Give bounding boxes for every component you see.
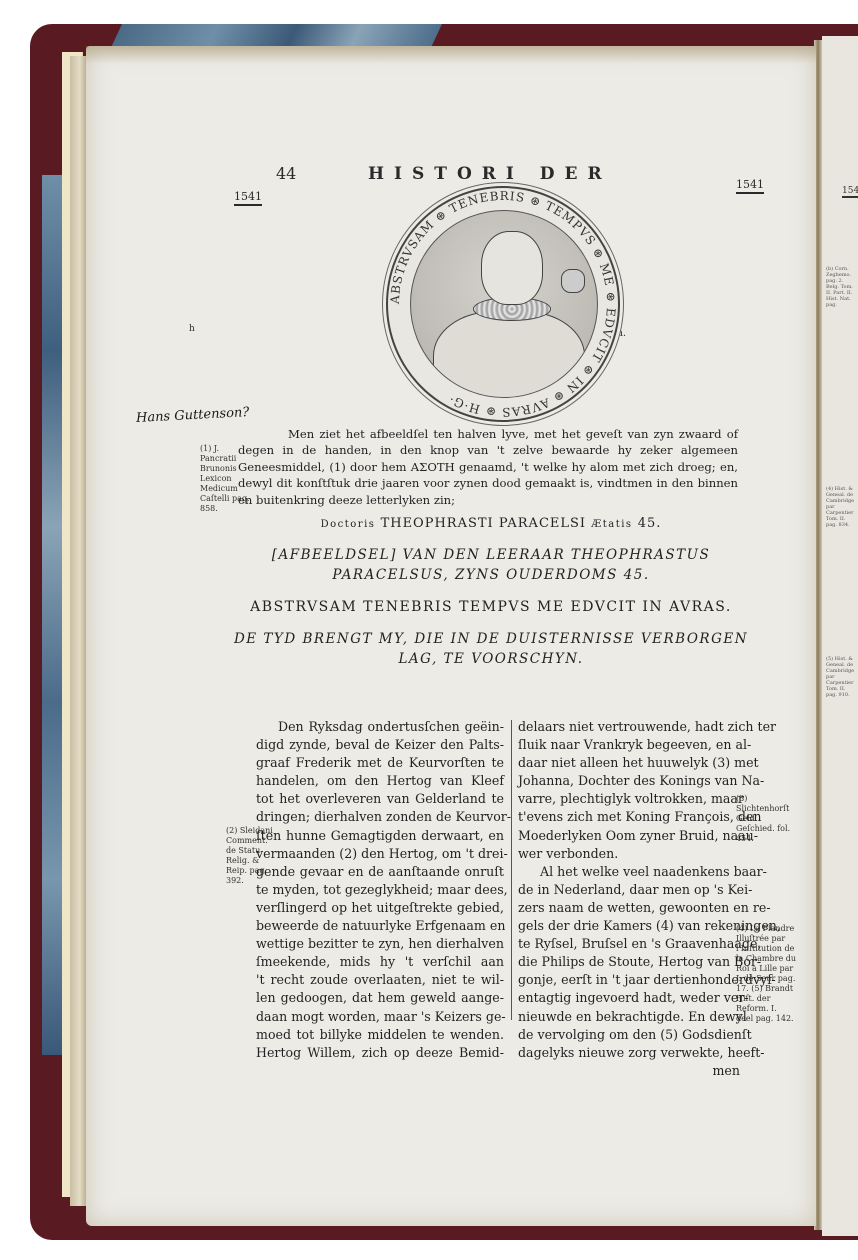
inscription-latin-motto: ABSTRVSAM TENEBRIS TEMPVS ME EDVCIT IN A…	[226, 597, 756, 617]
margin-year-right: 1541	[736, 178, 764, 194]
inscription-latin-name: Doctoris THEOPHRASTI PARACELSI Ætatis 45…	[226, 516, 756, 531]
marbled-board-left	[42, 175, 62, 1055]
facing-page-note: (b) Corn. Zeghemo. pag. 2. Belg. Tom. II…	[826, 266, 856, 308]
coat-of-arms-icon	[561, 269, 585, 293]
engraver-mark-left: h	[189, 324, 195, 334]
body-column-right: delaars niet vertrouwende, hadt zich ter…	[518, 718, 740, 1080]
facing-page-year: 1541	[842, 186, 858, 198]
margin-year-left: 1541	[234, 190, 262, 206]
facing-page-note: (4) Hist. & Geneal. de Cambridge par Car…	[826, 486, 856, 528]
inscription-dutch-motto: DE TYD BRENGT MY, DIE IN DE DUISTERNISSE…	[226, 629, 756, 669]
handwritten-annotation: Hans Guttenson?	[136, 405, 250, 426]
intro-paragraph: Men ziet het afbeeldſel ten halven lyve,…	[238, 426, 738, 508]
page-number: 44	[276, 164, 296, 183]
facing-page-note: (5) Hist. & Geneal. de Cambridge par Car…	[826, 656, 856, 698]
paracelsus-medal-engraving: ABSTRVSAM ⊛ TENEBRIS ⊛ TEMPVS ⊛ ME ⊛ EDV…	[386, 186, 620, 422]
facing-page-sliver: 1541 (b) Corn. Zeghemo. pag. 2. Belg. To…	[822, 36, 858, 1236]
medal-field	[410, 210, 598, 398]
intro-text: Men ziet het afbeeldſel ten halven lyve,…	[238, 426, 738, 508]
inscription-dutch-title: [AFBEELDSEL] VAN DEN LEERAAR THEOPHRASTU…	[226, 545, 756, 585]
portrait-body	[433, 311, 585, 398]
body-column-left: Den Ryksdag ondertusſchen geëin- digd zy…	[256, 718, 528, 1062]
medal-inscription-block: Doctoris THEOPHRASTI PARACELSI Ætatis 45…	[226, 516, 756, 669]
sidenote-1: (1) J. Pancratii Brunonis Lexicon Medicu…	[200, 444, 254, 514]
portrait-head	[481, 231, 543, 305]
book-page: 44 HISTORI DER 1541 1541 h Sch. ABSTRVSA…	[86, 46, 816, 1226]
column-divider	[511, 720, 512, 1020]
page-stain	[86, 46, 816, 64]
running-title: HISTORI DER	[368, 164, 612, 184]
